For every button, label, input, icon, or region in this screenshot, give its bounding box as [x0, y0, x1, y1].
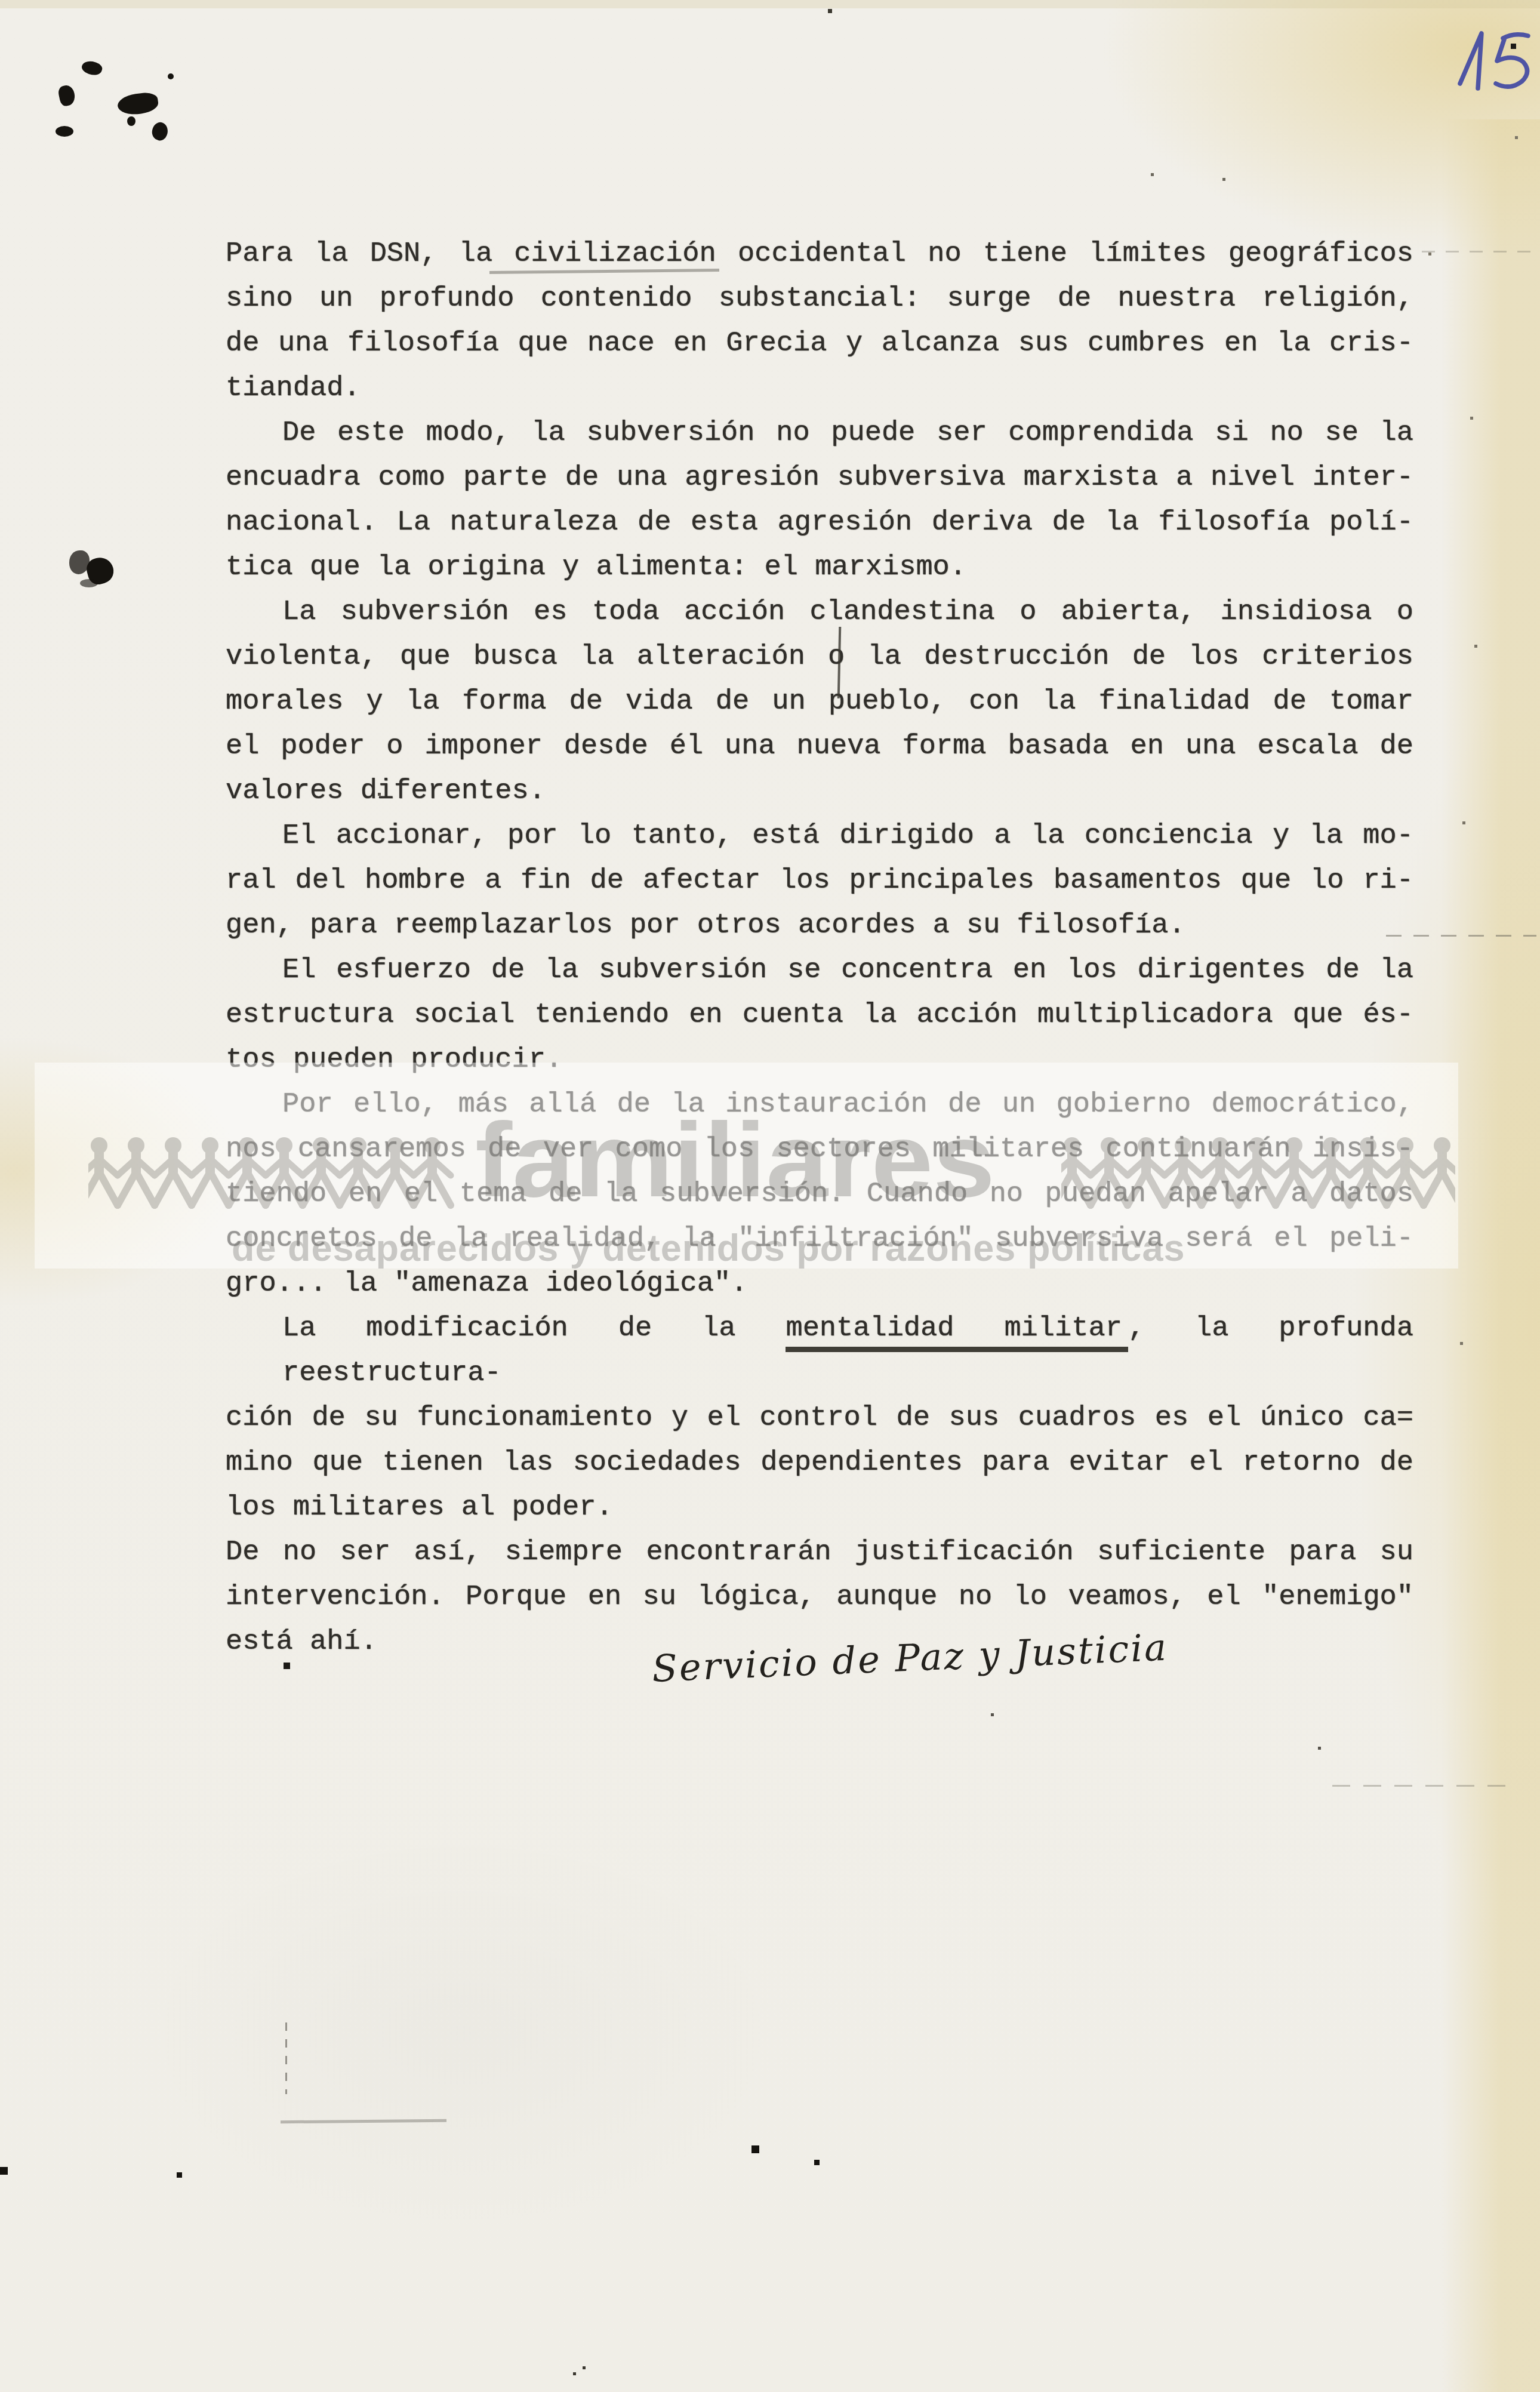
text-line: nacional. La naturaleza de esta agresión… — [226, 500, 1413, 545]
text-line: morales y la forma de vida de un pueblo,… — [226, 679, 1413, 724]
text-line: violenta, que busca la alteración o la d… — [226, 635, 1413, 679]
text-line: Por ello, más allá de la instauración de… — [226, 1082, 1413, 1127]
faint-dashes — [1332, 1785, 1505, 1787]
text-line: tiendo en el tema de la subversión. Cuan… — [226, 1172, 1413, 1217]
text-line: La subversión es toda acción clandestina… — [226, 590, 1413, 635]
ink-blot — [127, 116, 135, 126]
text-line: El esfuerzo de la subversión se concentr… — [226, 948, 1413, 993]
text-line: encuadra como parte de una agresión subv… — [226, 455, 1413, 500]
underlined-phrase: mentalidad militar — [786, 1313, 1128, 1352]
ink-blot — [80, 59, 103, 77]
handwritten-page-number — [1452, 21, 1540, 99]
ink-blot — [67, 548, 113, 593]
faint-dashed-stroke — [285, 2022, 287, 2094]
text-line: ción de su funcionamiento y el control d… — [226, 1396, 1413, 1440]
text-line: nos cansaremos de ver como los sectores … — [226, 1127, 1413, 1172]
paragraph: El accionar, por lo tanto, está dirigido… — [226, 814, 1413, 948]
paragraph: El esfuerzo de la subversión se concentr… — [226, 948, 1413, 1082]
paragraph: Para la DSN, la civilización occidental … — [226, 232, 1413, 411]
smudge-line — [281, 2119, 446, 2123]
text-line: Para la DSN, la civilización occidental … — [226, 232, 1413, 276]
text-line: concretos de la realidad, la "infiltraci… — [226, 1217, 1413, 1261]
text-line: gro... la "amenaza ideológica". — [226, 1261, 1413, 1306]
text-line: sino un profundo contenido substancial: … — [226, 276, 1413, 321]
typewritten-text: Para la DSN, la civilización occidental … — [226, 232, 1413, 1664]
text-segment: La modificación de la — [282, 1313, 786, 1344]
text-line: estructura social teniendo en cuenta la … — [226, 993, 1413, 1038]
text-line: gen, para reemplazarlos por otros acorde… — [226, 903, 1413, 948]
text-line: De no ser así, siempre encontrarán justi… — [226, 1530, 1413, 1575]
text-line: tica que la origina y alimenta: el marxi… — [226, 545, 1413, 590]
text-line: tos pueden producir. — [226, 1038, 1413, 1082]
ink-blot — [168, 73, 174, 79]
text-line: La modificación de la mentalidad militar… — [226, 1306, 1413, 1396]
text-line: ral del hombre a fin de afectar los prin… — [226, 858, 1413, 903]
text-line: De este modo, la subversión no puede ser… — [226, 411, 1413, 455]
paragraph: La subversión es toda acción clandestina… — [226, 590, 1413, 814]
ink-blot — [116, 91, 159, 116]
paragraph: La modificación de la mentalidad militar… — [226, 1306, 1413, 1530]
page-number-strokes — [1452, 21, 1540, 99]
paper-stain — [1442, 119, 1540, 2392]
text-line: tiandad. — [226, 366, 1413, 411]
paragraph: De este modo, la subversión no puede ser… — [226, 411, 1413, 590]
paper-specks — [0, 0, 1, 1]
text-line: mino que tienen las sociedades dependien… — [226, 1440, 1413, 1485]
text-line: de una filosofía que nace en Grecia y al… — [226, 321, 1413, 366]
text-line: los militares al poder. — [226, 1485, 1413, 1530]
paper-edge-stain — [0, 0, 1540, 8]
document-page: Para la DSN, la civilización occidental … — [0, 0, 1540, 2392]
paragraph: Por ello, más allá de la instauración de… — [226, 1082, 1413, 1306]
faint-dashes — [1422, 251, 1535, 253]
text-line: valores diferentes. — [226, 769, 1413, 814]
text-line: el poder o imponer desde él una nueva fo… — [226, 724, 1413, 769]
text-line: El accionar, por lo tanto, está dirigido… — [226, 814, 1413, 858]
text-line: intervención. Porque en su lógica, aunqu… — [226, 1575, 1413, 1620]
ink-blot-cluster — [51, 57, 188, 152]
ink-blot — [150, 120, 171, 142]
faint-dashes — [1386, 935, 1536, 937]
ink-blot — [56, 126, 73, 137]
ink-blot — [57, 84, 77, 107]
